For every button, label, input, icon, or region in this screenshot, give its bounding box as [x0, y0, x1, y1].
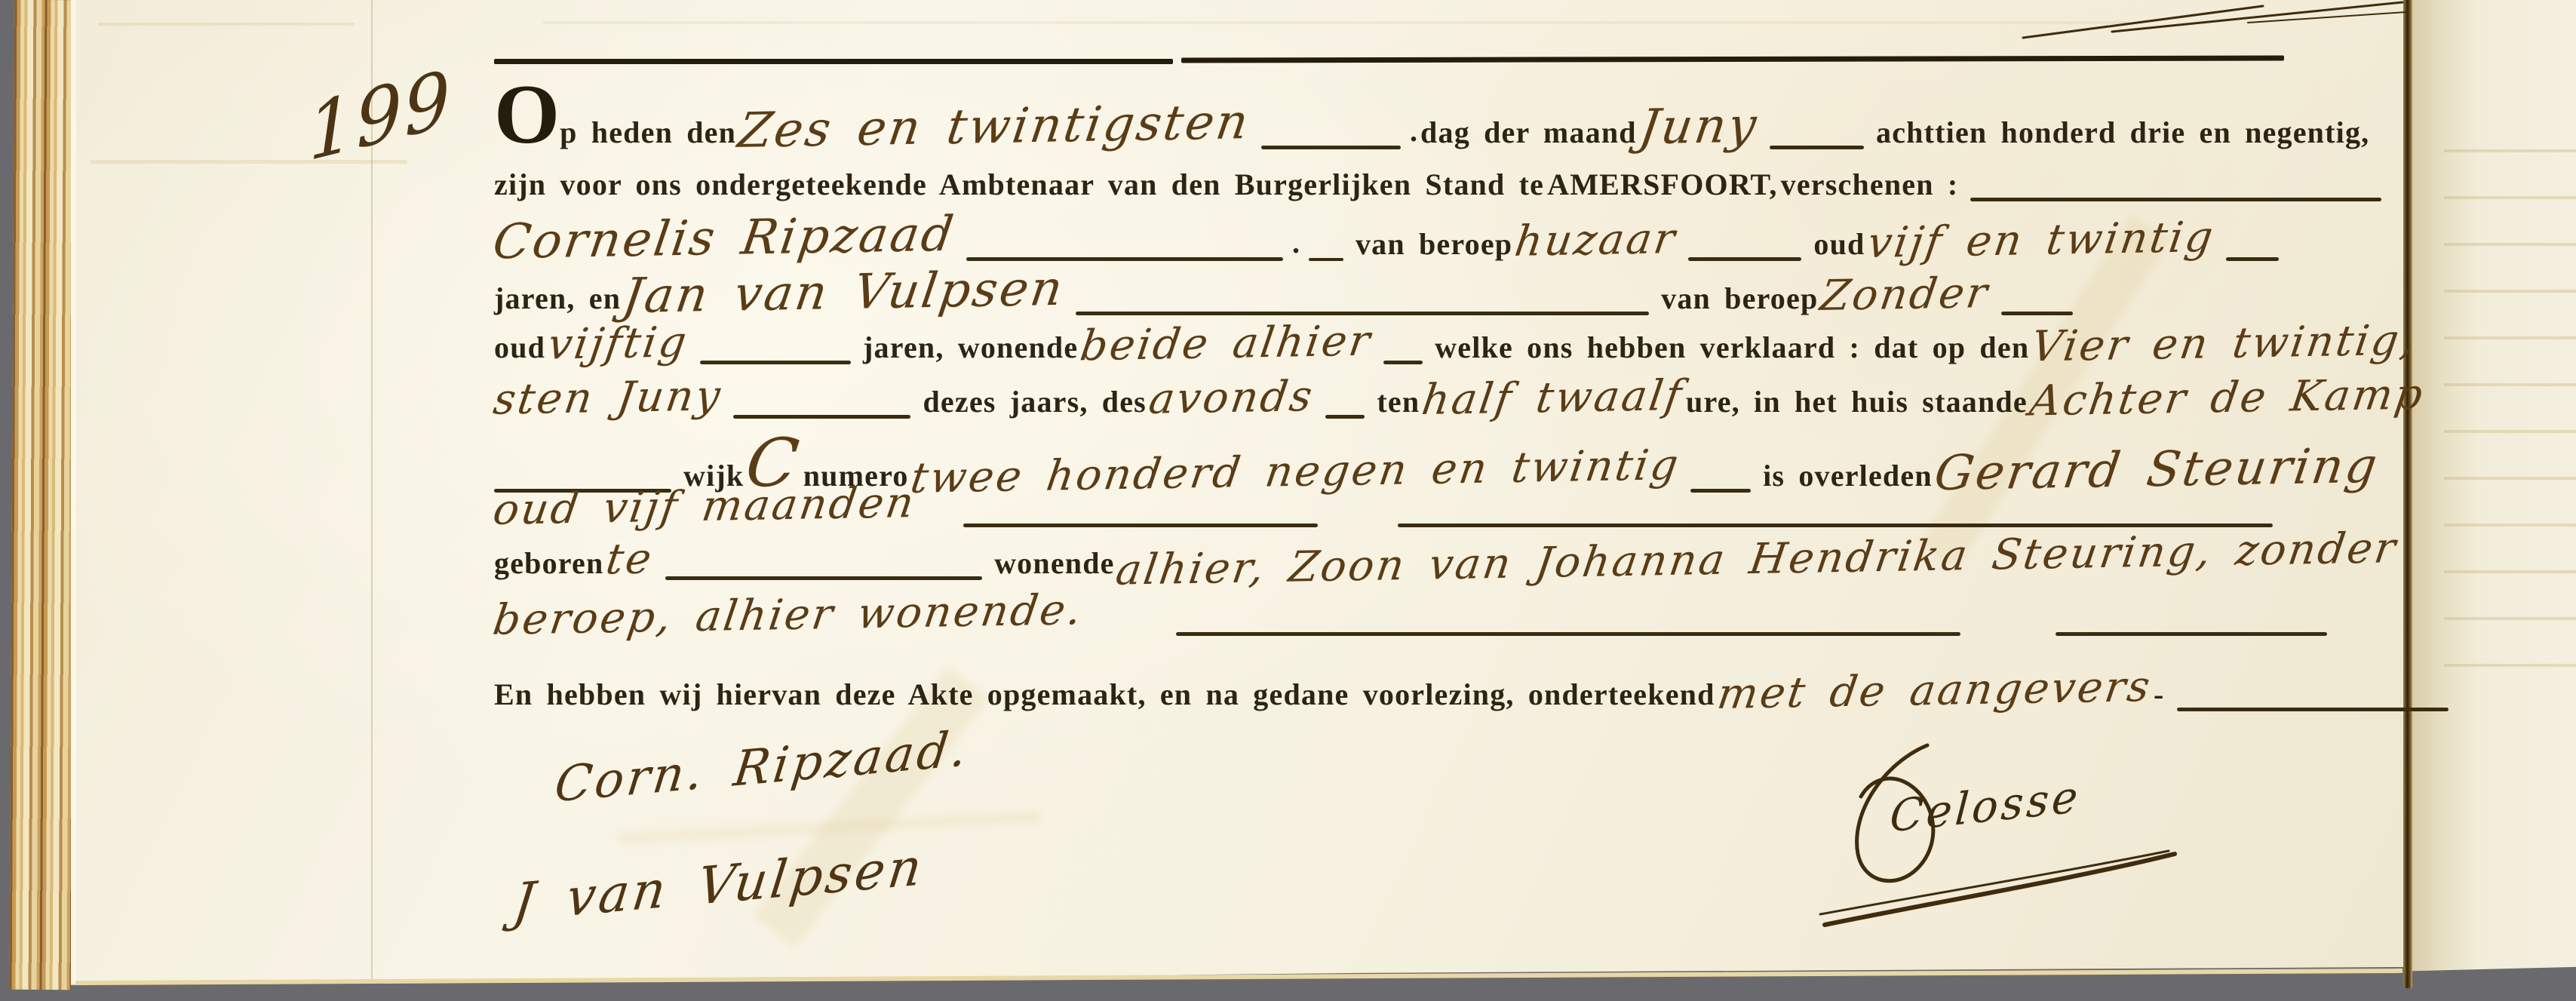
- handwritten-time-of-day: avonds: [1147, 376, 1317, 421]
- handwritten-text: met de aangevers: [1715, 666, 2154, 716]
- ruled-line: [1309, 258, 1343, 261]
- printed-city: AMERSFOORT,: [1547, 167, 1778, 201]
- printed-text: ten: [1377, 385, 1420, 419]
- act-closing-line: En hebben wij hiervan deze Akte opgemaak…: [494, 670, 2404, 712]
- handwritten-month: Juny: [1636, 102, 1761, 152]
- act-line-4: jaren, en Jan van Vulpsen van beroep Zon…: [494, 269, 2404, 317]
- ruled-line: [1076, 312, 1649, 315]
- act-top-rule: [494, 59, 1173, 64]
- printed-text: zijn voor ons ondergeteekende Ambtenaar …: [494, 167, 1544, 201]
- ruled-line: [700, 361, 851, 364]
- next-page-ruled-lines: [2444, 106, 2576, 686]
- bleed-line: [98, 23, 355, 26]
- printed-text: dezes jaars, des: [923, 385, 1146, 419]
- act-line-2: zijn voor ons ondergeteekende Ambtenaar …: [494, 167, 2404, 202]
- handwritten-death-day: Vier en twintig,: [2029, 320, 2420, 369]
- printed-text: achttien honderd drie en negentig,: [1876, 115, 2369, 149]
- ink-dot: .: [1292, 226, 1300, 259]
- ruled-line: [966, 257, 1283, 261]
- printed-text: welke ons hebben verklaard : dat op den: [1435, 330, 2029, 364]
- ruled-line: [1688, 257, 1801, 261]
- page-edge-highlight: [71, 0, 76, 983]
- ruled-line: [963, 524, 1318, 527]
- scanned-death-certificate: 199 Op heden den Zes en twintigsten . da…: [0, 0, 2576, 1001]
- handwritten-occupation: huzaar: [1512, 218, 1680, 263]
- printed-text: oud: [1813, 227, 1865, 261]
- bleed-line: [543, 21, 2127, 24]
- printed-dash: -: [2154, 677, 2165, 711]
- handwritten-day: Zes en twintigsten: [735, 98, 1254, 155]
- ruled-line: [2001, 312, 2073, 315]
- ruled-line: [665, 576, 982, 580]
- printed-text: oud: [494, 330, 545, 364]
- handwritten-declarant-2-name: Jan van Vulpsen: [620, 265, 1068, 321]
- handwritten-text: beroep, alhier wonende.: [490, 589, 1086, 642]
- book-gutter: [2403, 0, 2412, 988]
- ruled-line: [2056, 632, 2327, 636]
- printed-text: verschenen :: [1781, 167, 1959, 201]
- handwritten-hour: half twaalf: [1420, 375, 1687, 422]
- official-signature-flourish: [1814, 739, 2191, 939]
- handwritten-age: vijftig: [545, 321, 691, 366]
- printed-text: jaren, wonende: [863, 330, 1078, 364]
- printed-text: van beroep: [1661, 281, 1818, 315]
- printed-text: En hebben wij hiervan deze Akte opgemaak…: [494, 677, 1715, 711]
- ruled-line: [1176, 632, 1960, 636]
- handwritten-residence: beide alhier: [1078, 321, 1375, 368]
- ink-dot: .: [1410, 114, 1417, 148]
- ruled-line: [1398, 524, 2273, 527]
- act-line-5: oud vijftig jaren, wonende beide alhier …: [494, 323, 2404, 365]
- printed-text: geboren: [494, 546, 603, 580]
- handwritten-deceased-age: oud vijf maanden: [490, 482, 918, 532]
- ruled-line: [2226, 257, 2279, 261]
- handwritten-address: Achter de Kamp: [2027, 373, 2427, 422]
- ruled-line: [1970, 198, 2381, 201]
- ruled-line: [1325, 415, 1365, 419]
- book-page-edges: [10, 0, 77, 990]
- handwritten-month-cont: sten Juny: [491, 375, 725, 421]
- ruled-line: [1383, 361, 1423, 364]
- handwritten-occupation: Zonder: [1818, 272, 1992, 318]
- handwritten-age: vijf en twintig: [1865, 216, 2217, 265]
- printed-text: wonende: [994, 546, 1115, 580]
- printed-initial: O: [494, 81, 560, 149]
- handwritten-birthplace: te: [603, 538, 656, 581]
- act-line-3: Cornelis Ripzaad . van beroep huzaar oud…: [494, 214, 2404, 263]
- act-line-1: Op heden den Zes en twintigsten . dag de…: [494, 81, 2404, 151]
- act-line-9: geboren te wonende alhier, Zoon van Joha…: [494, 539, 2404, 581]
- act-line-6: sten Juny dezes jaars, des avonds ten ha…: [494, 377, 2404, 419]
- handwritten-declarant-1-name: Cornelis Ripzaad: [490, 210, 959, 267]
- ruled-line: [2177, 708, 2449, 711]
- printed-text: ure, in het huis staande: [1686, 385, 2028, 419]
- act-line-8: oud vijf maanden: [494, 486, 2404, 528]
- printed-text: dag der maand: [1420, 115, 1637, 149]
- act-line-10: beroep, alhier wonende.: [494, 594, 2404, 637]
- ruled-line: [1770, 146, 1864, 149]
- printed-text: p heden den: [560, 115, 736, 149]
- printed-text: jaren, en: [494, 281, 621, 315]
- previous-entry-flourish: [2022, 0, 2406, 41]
- printed-text: van beroep: [1356, 227, 1512, 261]
- ruled-line: [1261, 146, 1401, 149]
- ruled-line: [733, 415, 910, 419]
